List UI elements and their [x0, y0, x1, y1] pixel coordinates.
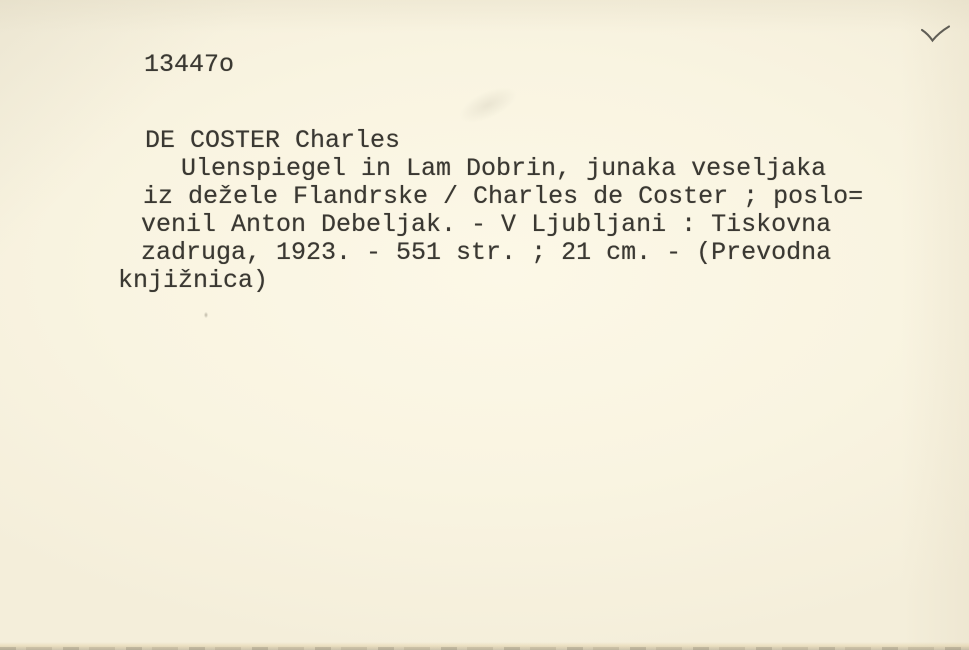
entry-line: Ulenspiegel in Lam Dobrin, junaka veselj…	[181, 155, 826, 183]
entry-line: iz dežele Flandrske / Charles de Coster …	[143, 183, 863, 211]
call-number: 13447o	[144, 51, 234, 79]
entry-line: knjižnica)	[118, 267, 268, 295]
entry-line: venil Anton Debeljak. - V Ljubljani : Ti…	[141, 211, 831, 239]
entry-line: zadruga, 1923. - 551 str. ; 21 cm. - (Pr…	[141, 239, 831, 267]
card-bottom-edge	[0, 642, 969, 650]
checkmark-icon	[916, 20, 956, 48]
paper-smudge	[443, 69, 533, 141]
entry-heading: DE COSTER Charles	[145, 127, 400, 155]
ink-speck	[204, 312, 208, 318]
catalog-card: 13447o DE COSTER Charles Ulenspiegel in …	[0, 0, 969, 650]
